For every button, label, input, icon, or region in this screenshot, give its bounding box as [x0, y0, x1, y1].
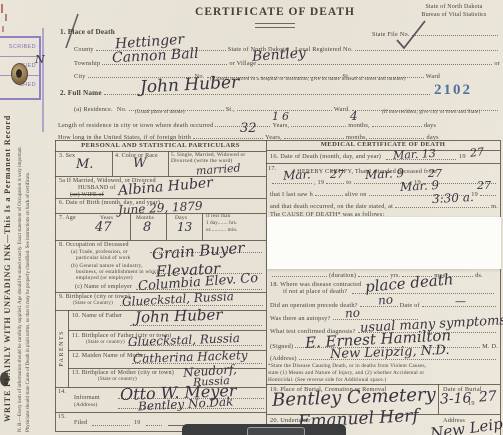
industry-label-3: employed (or employer): [76, 275, 133, 281]
year-printed: 19: [459, 153, 466, 160]
m-word: m.: [491, 203, 498, 210]
length-months-value: 4: [350, 110, 358, 122]
brass-fastener: [11, 63, 28, 85]
cell-border: [438, 384, 439, 414]
birthplace-sub: (State or Country): [73, 301, 113, 307]
last-saw-year: 27: [477, 180, 491, 191]
autopsy-label: Was there an autopsy?: [270, 315, 331, 322]
age-months-value: 8: [143, 221, 151, 234]
age-days-value: 13: [177, 221, 192, 233]
age-note1: If less than: [206, 214, 230, 220]
death-occurred-label: and that death occurred, on the date sta…: [270, 203, 393, 210]
undertaker-address-value: New Leipzig: [429, 413, 503, 435]
sex-value: M.: [76, 158, 93, 171]
stamp-vertical-line: [42, 28, 44, 132]
informant-number: 14.: [58, 389, 66, 396]
stamp-row: SCRIBED: [0, 38, 39, 57]
residence-label: (a) Residence.: [74, 106, 113, 113]
race-value: W: [133, 157, 146, 170]
father-name-value: John Huber: [135, 307, 223, 325]
rule: [55, 176, 266, 177]
ward-label: Ward: [426, 73, 440, 80]
column-divider: [266, 140, 267, 435]
attended-to-value: Mar. 9: [365, 167, 405, 181]
autopsy-value: no: [345, 306, 361, 319]
husband-of-label: HUSBAND of: [78, 185, 116, 192]
father-name-label: 10. Name of Father: [72, 313, 122, 320]
alive-on-label: alive on: [345, 191, 367, 198]
ds-word: ds.: [475, 272, 483, 279]
mother-birthplace-sub: (State or country): [98, 377, 137, 383]
residence-ward-label: Ward.: [334, 106, 350, 113]
parents-border: [68, 310, 69, 387]
red-edge-mark: [5, 14, 7, 21]
father-birthplace-sub: (State or country): [86, 340, 125, 346]
file-number: 2102: [434, 82, 472, 99]
months-word: months,: [348, 122, 370, 129]
filed-number: 15.: [58, 414, 66, 421]
cell-border: [130, 213, 131, 240]
comma-19: , 19: [314, 179, 324, 186]
certify-number: 17.: [268, 165, 276, 172]
age-label: 7. Age: [59, 215, 76, 222]
death-time-value: 3:30 a.: [432, 191, 474, 205]
fastener-slot: [16, 69, 22, 78]
item-place-of-death-label: 1. Place of Death: [60, 28, 115, 36]
stray-pen-mark: N: [35, 54, 45, 65]
state-file-no-label: State File No.: [372, 31, 410, 38]
duration-word: (duration): [329, 272, 356, 279]
full-name-label: 2. Full Name: [60, 89, 102, 97]
residence-no-label: No.: [117, 106, 127, 113]
days-word: days: [424, 122, 436, 129]
cause-of-death-redaction-box: [267, 217, 501, 269]
village-value: Bentley: [252, 46, 307, 64]
agency-line1: State of North Dakota: [408, 4, 500, 11]
medical-section-title: MEDICAL CERTIFICATE OF DEATH: [266, 141, 500, 149]
age-note2: 1 day....... hrs.: [206, 221, 237, 227]
trade-value: Grain Buyer: [152, 241, 245, 262]
burial-year-printed: 19: [468, 400, 475, 407]
footnote-line-3: Homicidal. (See reverse side for Additio…: [268, 377, 386, 383]
rule: [55, 198, 266, 199]
us-years-value: 32: [240, 122, 257, 135]
md-label: M. D.: [482, 343, 498, 350]
rule: [266, 384, 500, 385]
title-rule: [255, 23, 295, 28]
signed-label: (Signed): [270, 343, 293, 350]
burial-year-value: 27: [479, 389, 498, 404]
operation-value: no: [378, 293, 394, 306]
operation-date-dash: —: [455, 296, 466, 307]
or-word: or: [494, 60, 500, 67]
mother-birthplace-label: 13. Birthplace of Mother (city or town): [72, 370, 174, 377]
certificate-title: CERTIFICATE OF DEATH: [190, 6, 360, 19]
age-note3: or........... min.: [206, 228, 238, 234]
rule: [55, 213, 266, 214]
informant-address-label: (Address): [74, 402, 98, 408]
county-label: County: [74, 46, 94, 53]
informant-label: Informant: [74, 395, 100, 402]
filed-year-printed: 19: [134, 420, 140, 427]
ink-blot: [0, 372, 9, 386]
cell-border: [112, 151, 113, 176]
hospital-note: (If death occurred in a hospital or inst…: [210, 77, 406, 83]
address-label: (Address): [270, 355, 297, 362]
length-residence-label: Length of residence in city or town wher…: [58, 122, 213, 129]
date-of-death-value: Mar. 13: [393, 148, 436, 161]
leader: [92, 425, 130, 426]
date-of-label: Date of: [400, 302, 420, 309]
residence-st-label: St.,: [226, 106, 235, 113]
death-certificate-scan: WRITE PLAINLY WITH UNFADING INK—This Is …: [0, 0, 503, 435]
father-birthplace-value: Glueckstal, Russia: [128, 332, 240, 348]
cell-border: [202, 213, 203, 240]
parents-vertical-label: PARENTS: [55, 310, 68, 387]
to-word: to: [346, 179, 351, 186]
length-years-value: 16: [272, 111, 292, 122]
parents-label-text: PARENTS: [59, 330, 65, 367]
occupation-label: 8. Occupation of Deceased: [59, 242, 129, 249]
leader: [146, 425, 162, 426]
trade-label-2: particular kind of work: [76, 255, 130, 261]
sex-label: 3. Sex: [59, 153, 75, 160]
burial-date-value: 3-16: [440, 391, 472, 406]
date-of-death-year: 27: [469, 146, 484, 158]
birthplace-label: 9. Birthplace (city or town): [59, 294, 130, 301]
agency-line2: Bureau of Vital Statistics: [408, 12, 500, 19]
marital-value: married: [196, 162, 241, 176]
footnote-line-1: *State the Disease Causing Death, or in …: [268, 363, 426, 369]
last-saw-label: that I last saw h: [270, 191, 313, 198]
red-edge-mark: [1, 4, 3, 13]
physician-address: New Leipzig, N.D.: [330, 344, 450, 361]
abode-note: (Usual place of abode): [135, 110, 185, 116]
rule: [55, 412, 266, 413]
red-edge-mark: [2, 26, 4, 32]
city-label: City: [74, 73, 86, 80]
rule: [266, 150, 500, 151]
attended-from-value: Mar.: [283, 168, 311, 181]
employer-label: (c) Name of employer: [75, 284, 132, 291]
toolbar-button[interactable]: [247, 427, 305, 435]
footnote-line-2: state (1) Means and Nature of Injury, an…: [268, 370, 424, 376]
nonresident-note: (If non-resident, give city or town and …: [382, 110, 480, 116]
informant-address-value: Bentley No.Dak: [138, 396, 234, 413]
last-saw-value: Mar. 9: [400, 179, 440, 193]
age-years-value: 47: [95, 221, 112, 234]
cell-border: [168, 151, 169, 176]
filed-label: Filed: [74, 420, 87, 427]
township-label: Township: [74, 60, 100, 67]
contracted-label-2: if not at place of death?: [283, 288, 347, 295]
table-right-border: [500, 140, 501, 435]
attended-from-year: 27: [330, 169, 344, 180]
cell-border: [166, 213, 167, 240]
years-word: Years,: [272, 122, 289, 129]
date-of-death-label: 16. Date of Death (month, day, and year): [270, 153, 381, 160]
rule: [266, 163, 500, 164]
personal-section-title: PERSONAL AND STATISTICAL PARTICULARS: [55, 142, 266, 150]
